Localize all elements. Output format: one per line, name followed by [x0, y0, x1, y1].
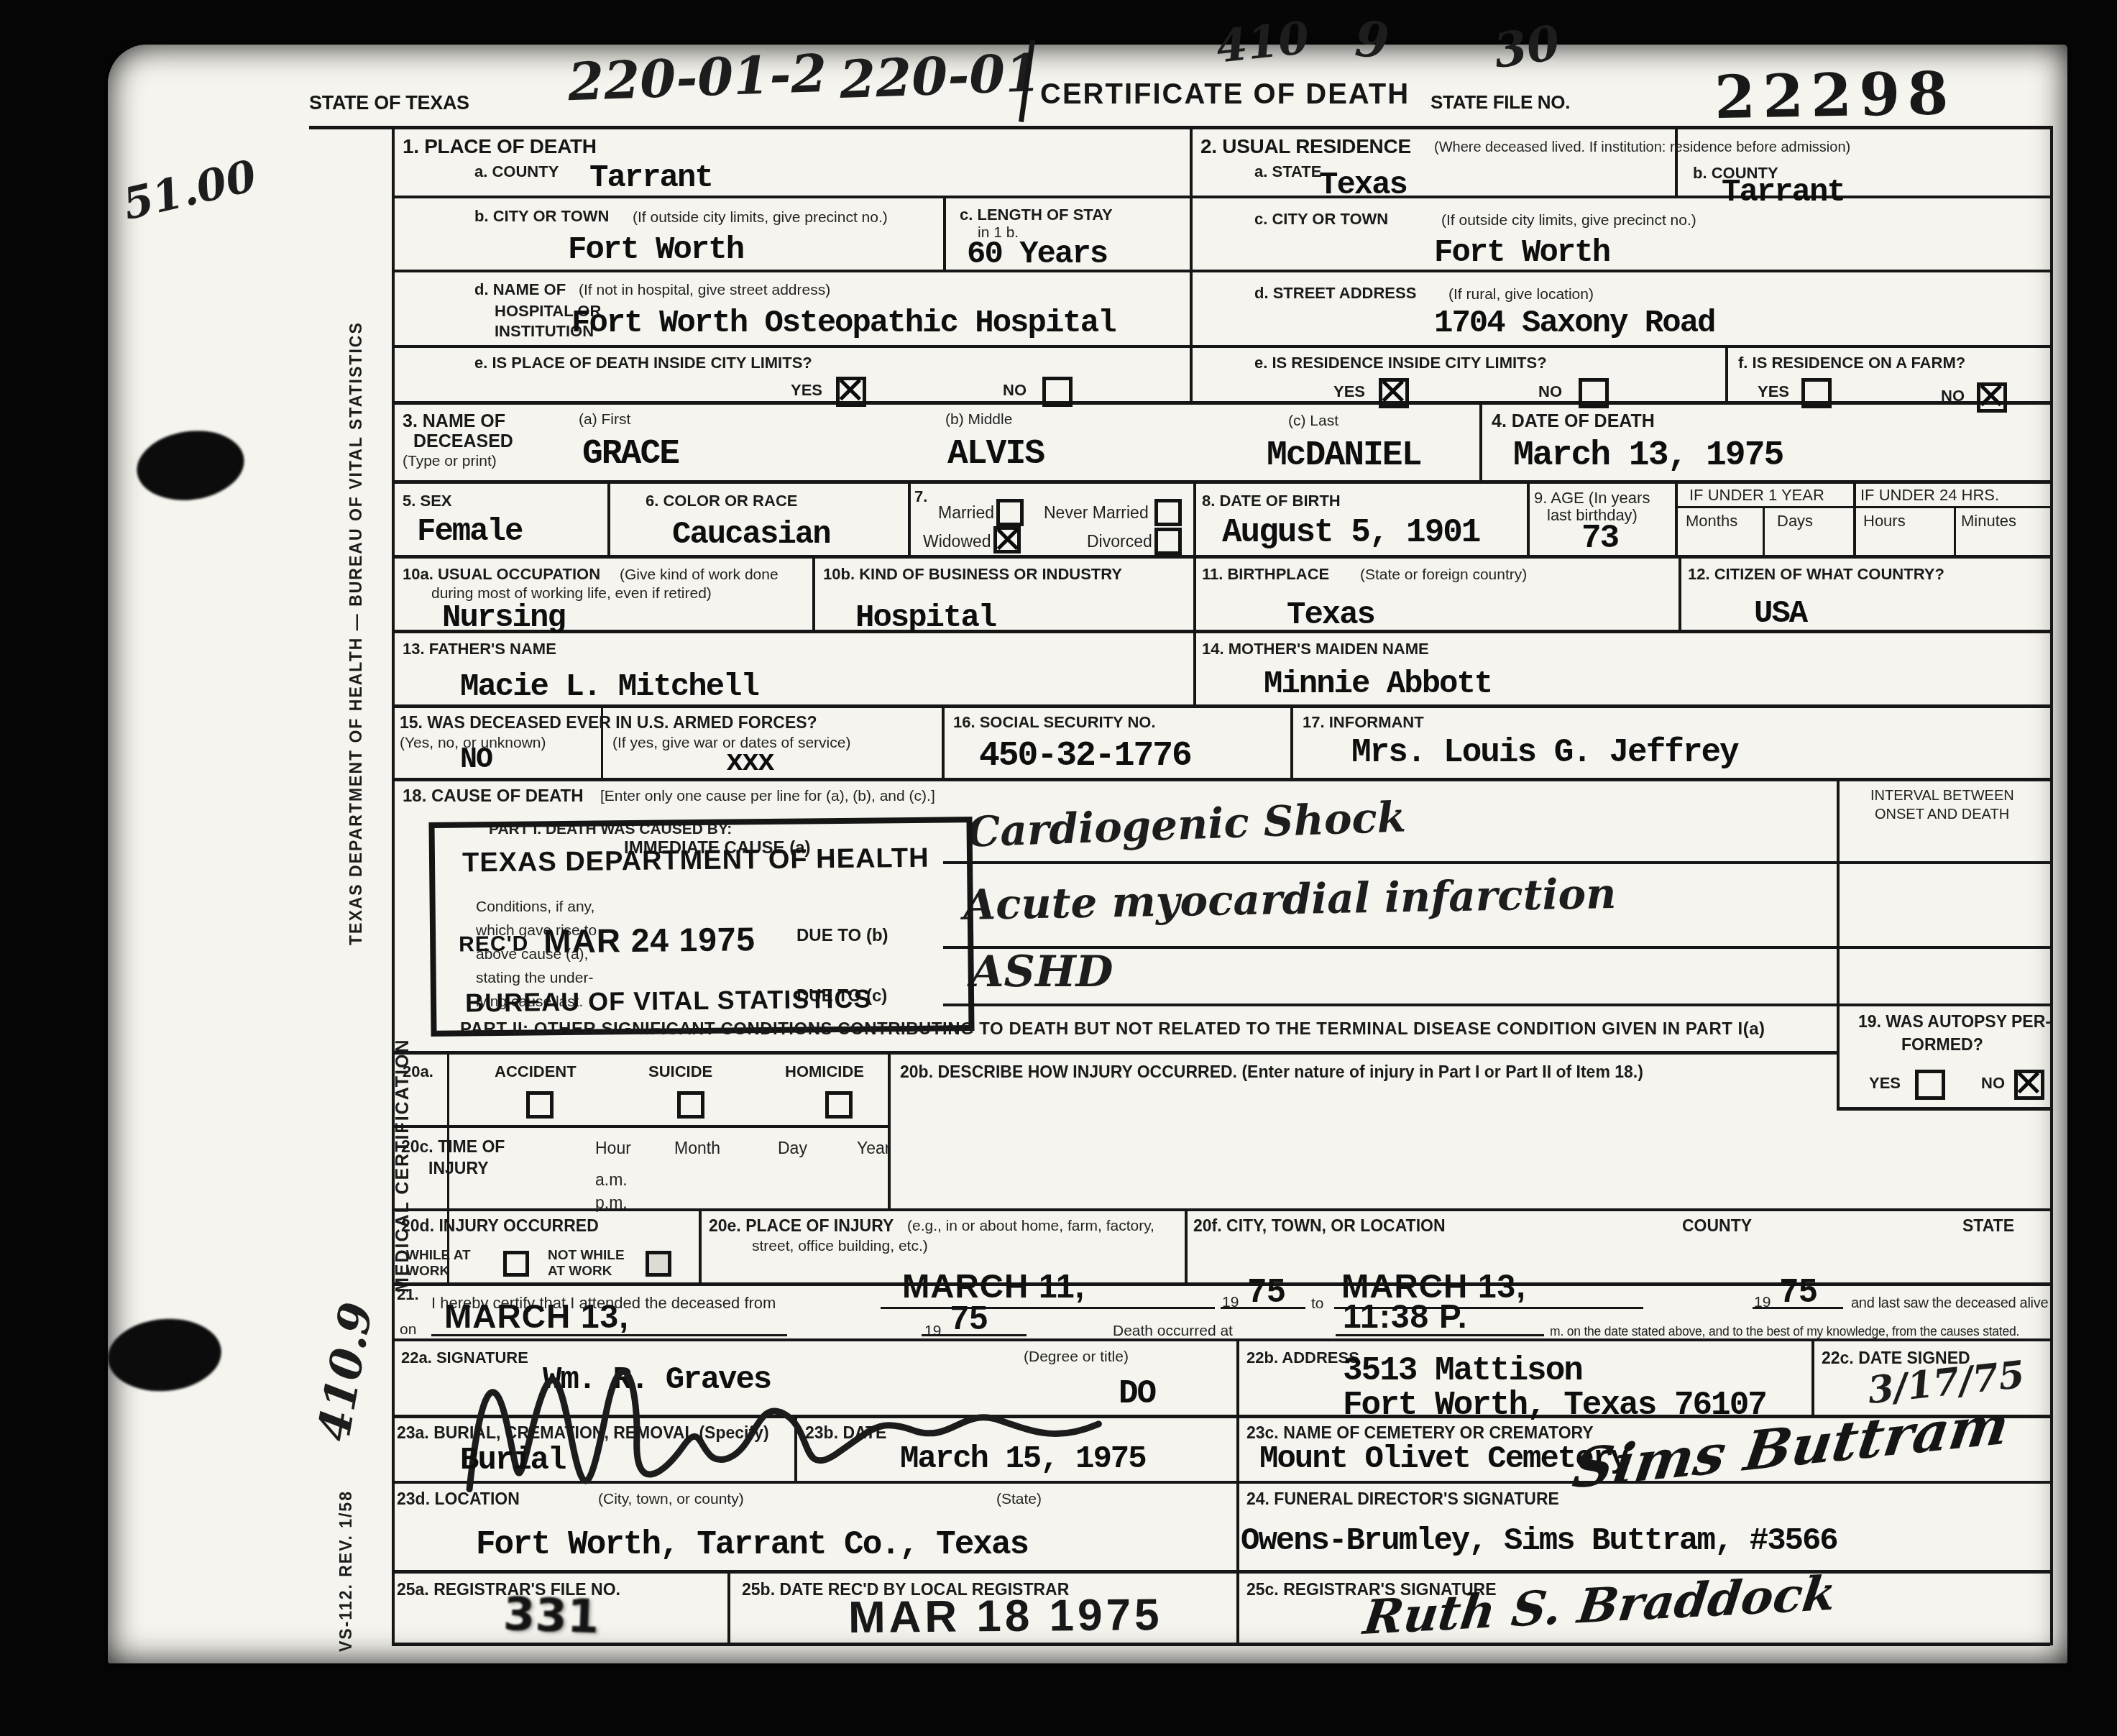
- grid-line: [1290, 704, 1293, 778]
- handwritten-code-1: 220-01-2: [567, 47, 828, 109]
- homicide-label: HOMICIDE: [785, 1062, 864, 1080]
- grid-line: [392, 1643, 2050, 1646]
- grid-line: [1236, 1415, 1239, 1481]
- widowed-checkbox[interactable]: [993, 526, 1021, 554]
- while-at-work-label2: WORK: [406, 1264, 449, 1280]
- residence-state-value[interactable]: Texas: [1319, 170, 1407, 201]
- grid-line: [1837, 1107, 2050, 1111]
- handwritten-top-410: 410: [1214, 15, 1311, 69]
- place-of-injury-note2: street, office building, etc.): [752, 1238, 928, 1255]
- death-city-limits-yes-checkbox[interactable]: [836, 377, 866, 407]
- married-label: Married: [938, 503, 994, 522]
- grid-line: [607, 480, 610, 555]
- grid-line: [392, 126, 395, 1645]
- on-text: on: [400, 1321, 416, 1338]
- fathers-name-value[interactable]: Macie L. Mitchell: [460, 671, 758, 703]
- time-of-death[interactable]: 11:38 P.: [1343, 1300, 1467, 1333]
- hour-label: Hour: [595, 1139, 631, 1157]
- divorced-label: Divorced: [1087, 532, 1152, 551]
- suicide-label: SUICIDE: [648, 1062, 712, 1080]
- interval-label2: ONSET AND DEATH: [1875, 807, 2009, 823]
- length-of-stay-value[interactable]: 60 Years: [967, 239, 1107, 270]
- grid-line: [943, 196, 946, 270]
- not-while-at-work-label2: AT WORK: [548, 1264, 612, 1280]
- street-address-value[interactable]: 1704 Saxony Road: [1434, 308, 1714, 339]
- autopsy-yes: YES: [1869, 1074, 1901, 1092]
- street-address-note: (If rural, give location): [1448, 286, 1594, 303]
- grid-line: [392, 1051, 1837, 1055]
- interval-label1: INTERVAL BETWEEN: [1870, 788, 2014, 804]
- armed-forces-value2[interactable]: xxx: [726, 749, 773, 778]
- days-label: Days: [1777, 512, 1813, 530]
- burial-date-label: 23b. DATE: [805, 1423, 886, 1442]
- citizen-value[interactable]: USA: [1754, 598, 1806, 630]
- residence-farm-yes-checkbox[interactable]: [1801, 378, 1832, 408]
- ssn-value[interactable]: 450-32-1776: [979, 739, 1191, 773]
- race-value[interactable]: Caucasian: [672, 519, 830, 551]
- grid-line: [392, 1125, 888, 1128]
- underline: [1753, 1307, 1843, 1309]
- marital-label: 7.: [914, 487, 927, 505]
- residence-city-limits-label: e. IS RESIDENCE INSIDE CITY LIMITS?: [1254, 354, 1547, 372]
- funeral-director-value[interactable]: Owens-Brumley, Sims Buttram, #3566: [1241, 1525, 1837, 1557]
- grid-line: [2050, 126, 2053, 1645]
- place-of-death-title: 1. PLACE OF DEATH: [403, 135, 597, 158]
- burial-location-label: 23d. LOCATION: [397, 1489, 520, 1508]
- name-of-deceased-label1: 3. NAME OF: [403, 411, 505, 432]
- cause-c-handwritten[interactable]: ASHD: [970, 950, 1113, 993]
- city-note: (If outside city limits, give precinct n…: [633, 209, 888, 226]
- part2-label: PART II: OTHER SIGNIFICANT CONDITIONS CO…: [460, 1019, 1765, 1039]
- accident-label: ACCIDENT: [495, 1062, 577, 1080]
- not-while-at-work-checkbox[interactable]: [646, 1251, 671, 1277]
- funeral-director-label: 24. FUNERAL DIRECTOR'S SIGNATURE: [1246, 1489, 1559, 1508]
- stamp-date: MAR 24 1975: [543, 922, 756, 957]
- under-24-hrs-label: IF UNDER 24 HRS.: [1860, 486, 1999, 504]
- mothers-maiden-name-label: 14. MOTHER'S MAIDEN NAME: [1202, 640, 1429, 658]
- grid-line: [1763, 506, 1765, 555]
- registrar-file-no-value[interactable]: 331: [502, 1592, 600, 1641]
- injury-occurred-label: 20d. INJURY OCCURRED: [401, 1216, 599, 1235]
- grid-line: [1193, 630, 1196, 704]
- attended-to-year[interactable]: 75: [1780, 1274, 1818, 1307]
- death-certificate-scan: 51.00 TEXAS DEPARTMENT OF HEALTH — BUREA…: [0, 0, 2117, 1736]
- date-of-birth-value[interactable]: August 5, 1901: [1222, 516, 1479, 549]
- accident-checkbox[interactable]: [526, 1091, 554, 1119]
- mothers-maiden-name-value[interactable]: Minnie Abbott: [1264, 669, 1492, 700]
- age-value[interactable]: 73: [1581, 522, 1618, 555]
- grid-line: [392, 480, 2050, 484]
- grid-line: [1675, 480, 1678, 555]
- never-married-checkbox[interactable]: [1154, 499, 1182, 526]
- grid-line: [1811, 1338, 1814, 1415]
- handwritten-code-2: 220-01: [839, 47, 1042, 106]
- place-of-injury-label: 20e. PLACE OF INJURY: [709, 1216, 894, 1235]
- handwritten-top-30: 30: [1491, 19, 1563, 75]
- hospital-value[interactable]: Fort Worth Osteopathic Hospital: [571, 308, 1116, 339]
- death-city-limits-no-checkbox[interactable]: [1042, 377, 1073, 407]
- stamp-line1: TEXAS DEPARTMENT OF HEALTH: [462, 845, 929, 877]
- injury-state-label: STATE: [1962, 1216, 2014, 1235]
- autopsy-no-checkbox[interactable]: [2014, 1070, 2044, 1100]
- residence-city-value[interactable]: Fort Worth: [1434, 237, 1609, 269]
- never-married-label: Never Married: [1044, 503, 1149, 522]
- grid-line: [392, 345, 2050, 348]
- residence-farm-no: NO: [1941, 387, 1965, 405]
- autopsy-label2: FORMED?: [1901, 1035, 1983, 1054]
- while-at-work-checkbox[interactable]: [503, 1251, 529, 1277]
- residence-farm-yes: YES: [1758, 382, 1789, 400]
- race-label: 6. COLOR OR RACE: [646, 492, 797, 510]
- attended-from-year[interactable]: 75: [1248, 1274, 1286, 1307]
- burial-date-value[interactable]: March 15, 1975: [900, 1443, 1146, 1475]
- autopsy-no: NO: [1981, 1074, 2005, 1092]
- grid-line: [1954, 506, 1956, 555]
- grid-line: [1193, 480, 1196, 555]
- hospital-label: d. NAME OF: [474, 280, 566, 298]
- residence-county-value[interactable]: Tarrant: [1722, 177, 1845, 208]
- fathers-name-label: 13. FATHER'S NAME: [403, 640, 556, 658]
- birthplace-value[interactable]: Texas: [1287, 600, 1374, 631]
- birthplace-note: (State or foreign country): [1360, 566, 1527, 584]
- cemetery-label: 23c. NAME OF CEMETERY OR CREMATORY: [1246, 1423, 1594, 1442]
- cause-line-c: [943, 1004, 2050, 1006]
- birthplace-label: 11. BIRTHPLACE: [1202, 565, 1329, 583]
- grid-line: [1675, 506, 2050, 508]
- under-1-year-label: IF UNDER 1 YEAR: [1689, 486, 1824, 504]
- city-label: b. CITY OR TOWN: [474, 207, 609, 225]
- accident-section-label: 20a.: [403, 1062, 433, 1080]
- residence-farm-no-checkbox[interactable]: [1977, 382, 2007, 413]
- grid-line: [908, 480, 911, 555]
- stamp-line3: BUREAU OF VITAL STATISTICS: [465, 986, 872, 1016]
- months-label: Months: [1686, 512, 1737, 530]
- burial-type-value[interactable]: Burial: [460, 1445, 565, 1476]
- grid-line: [1193, 555, 1196, 630]
- certificate-title: CERTIFICATE OF DEATH: [1040, 78, 1410, 111]
- hospital-note: (If not in hospital, give street address…: [579, 282, 830, 299]
- burial-location-note2: (State): [996, 1491, 1042, 1508]
- suicide-checkbox[interactable]: [677, 1091, 704, 1119]
- grid-line: [1236, 1570, 1239, 1643]
- certify-tail-text: m. on the date stated above, and to the …: [1550, 1324, 2019, 1338]
- last-saw-date[interactable]: MARCH 13,: [444, 1300, 629, 1333]
- attended-from-date[interactable]: MARCH 11,: [902, 1269, 1085, 1303]
- death-city-limits-yes: YES: [791, 381, 822, 399]
- date-of-death-value[interactable]: March 13, 1975: [1513, 438, 1783, 473]
- street-address-label: d. STREET ADDRESS: [1254, 284, 1416, 302]
- grid-line: [1837, 778, 1840, 1107]
- name-of-deceased-label3: (Type or print): [403, 453, 497, 470]
- residence-city-limits-yes: YES: [1333, 382, 1365, 400]
- grid-line: [727, 1570, 730, 1643]
- last-name-label: (c) Last: [1288, 413, 1338, 430]
- widowed-label: Widowed: [923, 532, 991, 551]
- autopsy-yes-checkbox[interactable]: [1915, 1070, 1945, 1100]
- describe-injury-label: 20b. DESCRIBE HOW INJURY OCCURRED. (Ente…: [900, 1062, 1643, 1081]
- grid-line: [1479, 401, 1482, 480]
- to-text: to: [1311, 1295, 1324, 1313]
- city-value[interactable]: Fort Worth: [568, 234, 743, 266]
- month-label: Month: [674, 1139, 720, 1157]
- burial-location-note1: (City, town, or county): [598, 1491, 744, 1508]
- sex-value[interactable]: Female: [417, 516, 522, 548]
- am-label: a.m.: [595, 1170, 628, 1189]
- injury-city-label: 20f. CITY, TOWN, OR LOCATION: [1193, 1216, 1446, 1235]
- grid-line: [1527, 480, 1530, 555]
- occupation-note1: (Give kind of work done: [620, 566, 779, 584]
- last-saw-text: and last saw the deceased alive: [1851, 1295, 2048, 1312]
- grid-line: [1679, 555, 1681, 630]
- middle-name-value[interactable]: ALVIS: [947, 437, 1044, 472]
- grid-line: [1236, 1481, 1239, 1570]
- underline: [1221, 1307, 1305, 1309]
- cause-of-death-label: 18. CAUSE OF DEATH: [403, 786, 584, 807]
- residence-city-limits-no-checkbox[interactable]: [1579, 378, 1609, 408]
- first-name-label: (a) First: [579, 411, 630, 428]
- degree-or-title-label: (Degree or title): [1024, 1349, 1129, 1366]
- grid-line: [1853, 480, 1856, 555]
- industry-value[interactable]: Hospital: [855, 602, 996, 634]
- grid-line: [392, 778, 2050, 781]
- grid-line: [1236, 1338, 1239, 1415]
- physician-address-line1[interactable]: 3513 Mattison: [1343, 1354, 1582, 1387]
- ssn-label: 16. SOCIAL SECURITY NO.: [953, 713, 1156, 731]
- grid-line: [1675, 126, 1678, 196]
- residence-farm-label: f. IS RESIDENCE ON A FARM?: [1738, 354, 1965, 372]
- residence-city-limits-yes-checkbox[interactable]: [1379, 378, 1409, 408]
- industry-label: 10b. KIND OF BUSINESS OR INDUSTRY: [823, 565, 1122, 583]
- state-file-number: 22298: [1714, 64, 1956, 127]
- left-margin-department-text: TEXAS DEPARTMENT OF HEALTH — BUREAU OF V…: [346, 338, 366, 945]
- hours-label: Hours: [1863, 512, 1906, 530]
- armed-forces-value[interactable]: NO: [460, 746, 492, 775]
- received-stamp: TEXAS DEPARTMENT OF HEALTH REC'D MAR 24 …: [428, 817, 974, 1037]
- state-of-texas-label: STATE OF TEXAS: [309, 92, 469, 114]
- minutes-label: Minutes: [1961, 512, 2016, 530]
- state-file-no-label: STATE FILE NO.: [1431, 92, 1570, 114]
- handwritten-top-9: 9: [1354, 14, 1391, 65]
- degree-value[interactable]: DO: [1119, 1377, 1155, 1410]
- autopsy-label1: 19. WAS AUTOPSY PER-: [1858, 1012, 2051, 1031]
- form-code-vertical: VS-112. REV. 1/58: [336, 1459, 356, 1652]
- sex-label: 5. SEX: [403, 492, 451, 510]
- grid-line: [699, 1208, 702, 1282]
- residence-city-label: c. CITY OR TOWN: [1254, 210, 1388, 228]
- residence-city-note: (If outside city limits, give precinct n…: [1441, 212, 1696, 229]
- usual-residence-note: (Where deceased lived. If institution: r…: [1434, 139, 1850, 156]
- stamp-recd: REC'D: [459, 934, 528, 956]
- year-label: Year: [857, 1139, 890, 1157]
- grid-line: [309, 126, 2050, 129]
- time-of-injury-label2: INJURY: [428, 1159, 489, 1177]
- homicide-checkbox[interactable]: [825, 1091, 853, 1119]
- cause-line-a: [943, 861, 2050, 864]
- grid-line: [392, 1208, 2050, 1211]
- date-of-birth-label: 8. DATE OF BIRTH: [1202, 492, 1341, 510]
- grid-line: [1725, 345, 1728, 401]
- middle-name-label: (b) Middle: [945, 411, 1012, 428]
- while-at-work-label1: WHILE AT: [406, 1248, 471, 1264]
- death-city-limits-no: NO: [1003, 381, 1027, 399]
- residence-state-label: a. STATE: [1254, 162, 1321, 180]
- grid-line: [1185, 1208, 1188, 1282]
- first-name-value[interactable]: GRACE: [582, 437, 679, 472]
- length-of-stay-label: c. LENGTH OF STAY: [960, 206, 1113, 224]
- cause-of-death-note: [Enter only one cause per line for (a), …: [600, 788, 935, 805]
- grid-line: [942, 704, 945, 778]
- death-city-limits-label: e. IS PLACE OF DEATH INSIDE CITY LIMITS?: [474, 354, 812, 372]
- name-of-deceased-label2: DECEASED: [413, 431, 513, 452]
- underline: [881, 1307, 1215, 1309]
- residence-city-limits-no: NO: [1538, 382, 1562, 400]
- date-of-death-label: 4. DATE OF DEATH: [1492, 411, 1655, 432]
- informant-value[interactable]: Mrs. Louis G. Jeffrey: [1351, 736, 1738, 769]
- burial-location-value[interactable]: Fort Worth, Tarrant Co., Texas: [476, 1528, 1028, 1561]
- grid-line: [392, 555, 2050, 559]
- age-label1: 9. AGE (In years: [1534, 489, 1650, 507]
- death-occurred-text: Death occurred at: [1113, 1323, 1233, 1340]
- cause-b-handwritten[interactable]: Acute myocardial infarction: [963, 873, 1617, 926]
- armed-forces-label: 15. WAS DECEASED EVER IN U.S. ARMED FORC…: [400, 713, 817, 732]
- last-name-value[interactable]: McDANIEL: [1267, 438, 1420, 473]
- county-value[interactable]: Tarrant: [589, 162, 712, 194]
- occupation-label: 10a. USUAL OCCUPATION: [403, 565, 600, 583]
- physician-address-line2[interactable]: Fort Worth, Texas 76107: [1343, 1389, 1766, 1422]
- usual-residence-title: 2. USUAL RESIDENCE: [1200, 135, 1411, 158]
- occupation-value[interactable]: Nursing: [442, 602, 565, 634]
- burial-type-label: 23a. BURIAL, CREMATION, REMOVAL (Specify…: [397, 1423, 769, 1442]
- time-of-injury-label1: 20c. TIME OF: [401, 1137, 505, 1156]
- injury-county-label: COUNTY: [1682, 1216, 1752, 1235]
- county-label: a. COUNTY: [474, 162, 559, 180]
- citizen-label: 12. CITIZEN OF WHAT COUNTRY?: [1688, 565, 1944, 583]
- grid-line: [812, 555, 815, 630]
- not-while-at-work-label1: NOT WHILE: [548, 1248, 625, 1264]
- grid-line: [392, 270, 2050, 272]
- informant-label: 17. INFORMANT: [1303, 713, 1424, 731]
- pm-label: p.m.: [595, 1193, 628, 1212]
- certify-section-label: 21.: [397, 1285, 419, 1303]
- place-of-injury-note1: (e.g., in or about home, farm, factory,: [907, 1218, 1154, 1235]
- day-label: Day: [778, 1139, 807, 1157]
- grid-line: [888, 1051, 891, 1208]
- divorced-checkbox[interactable]: [1154, 528, 1182, 555]
- underline: [1336, 1334, 1544, 1336]
- grid-line: [1190, 126, 1193, 401]
- date-received-stamp[interactable]: MAR 18 1975: [848, 1593, 1163, 1640]
